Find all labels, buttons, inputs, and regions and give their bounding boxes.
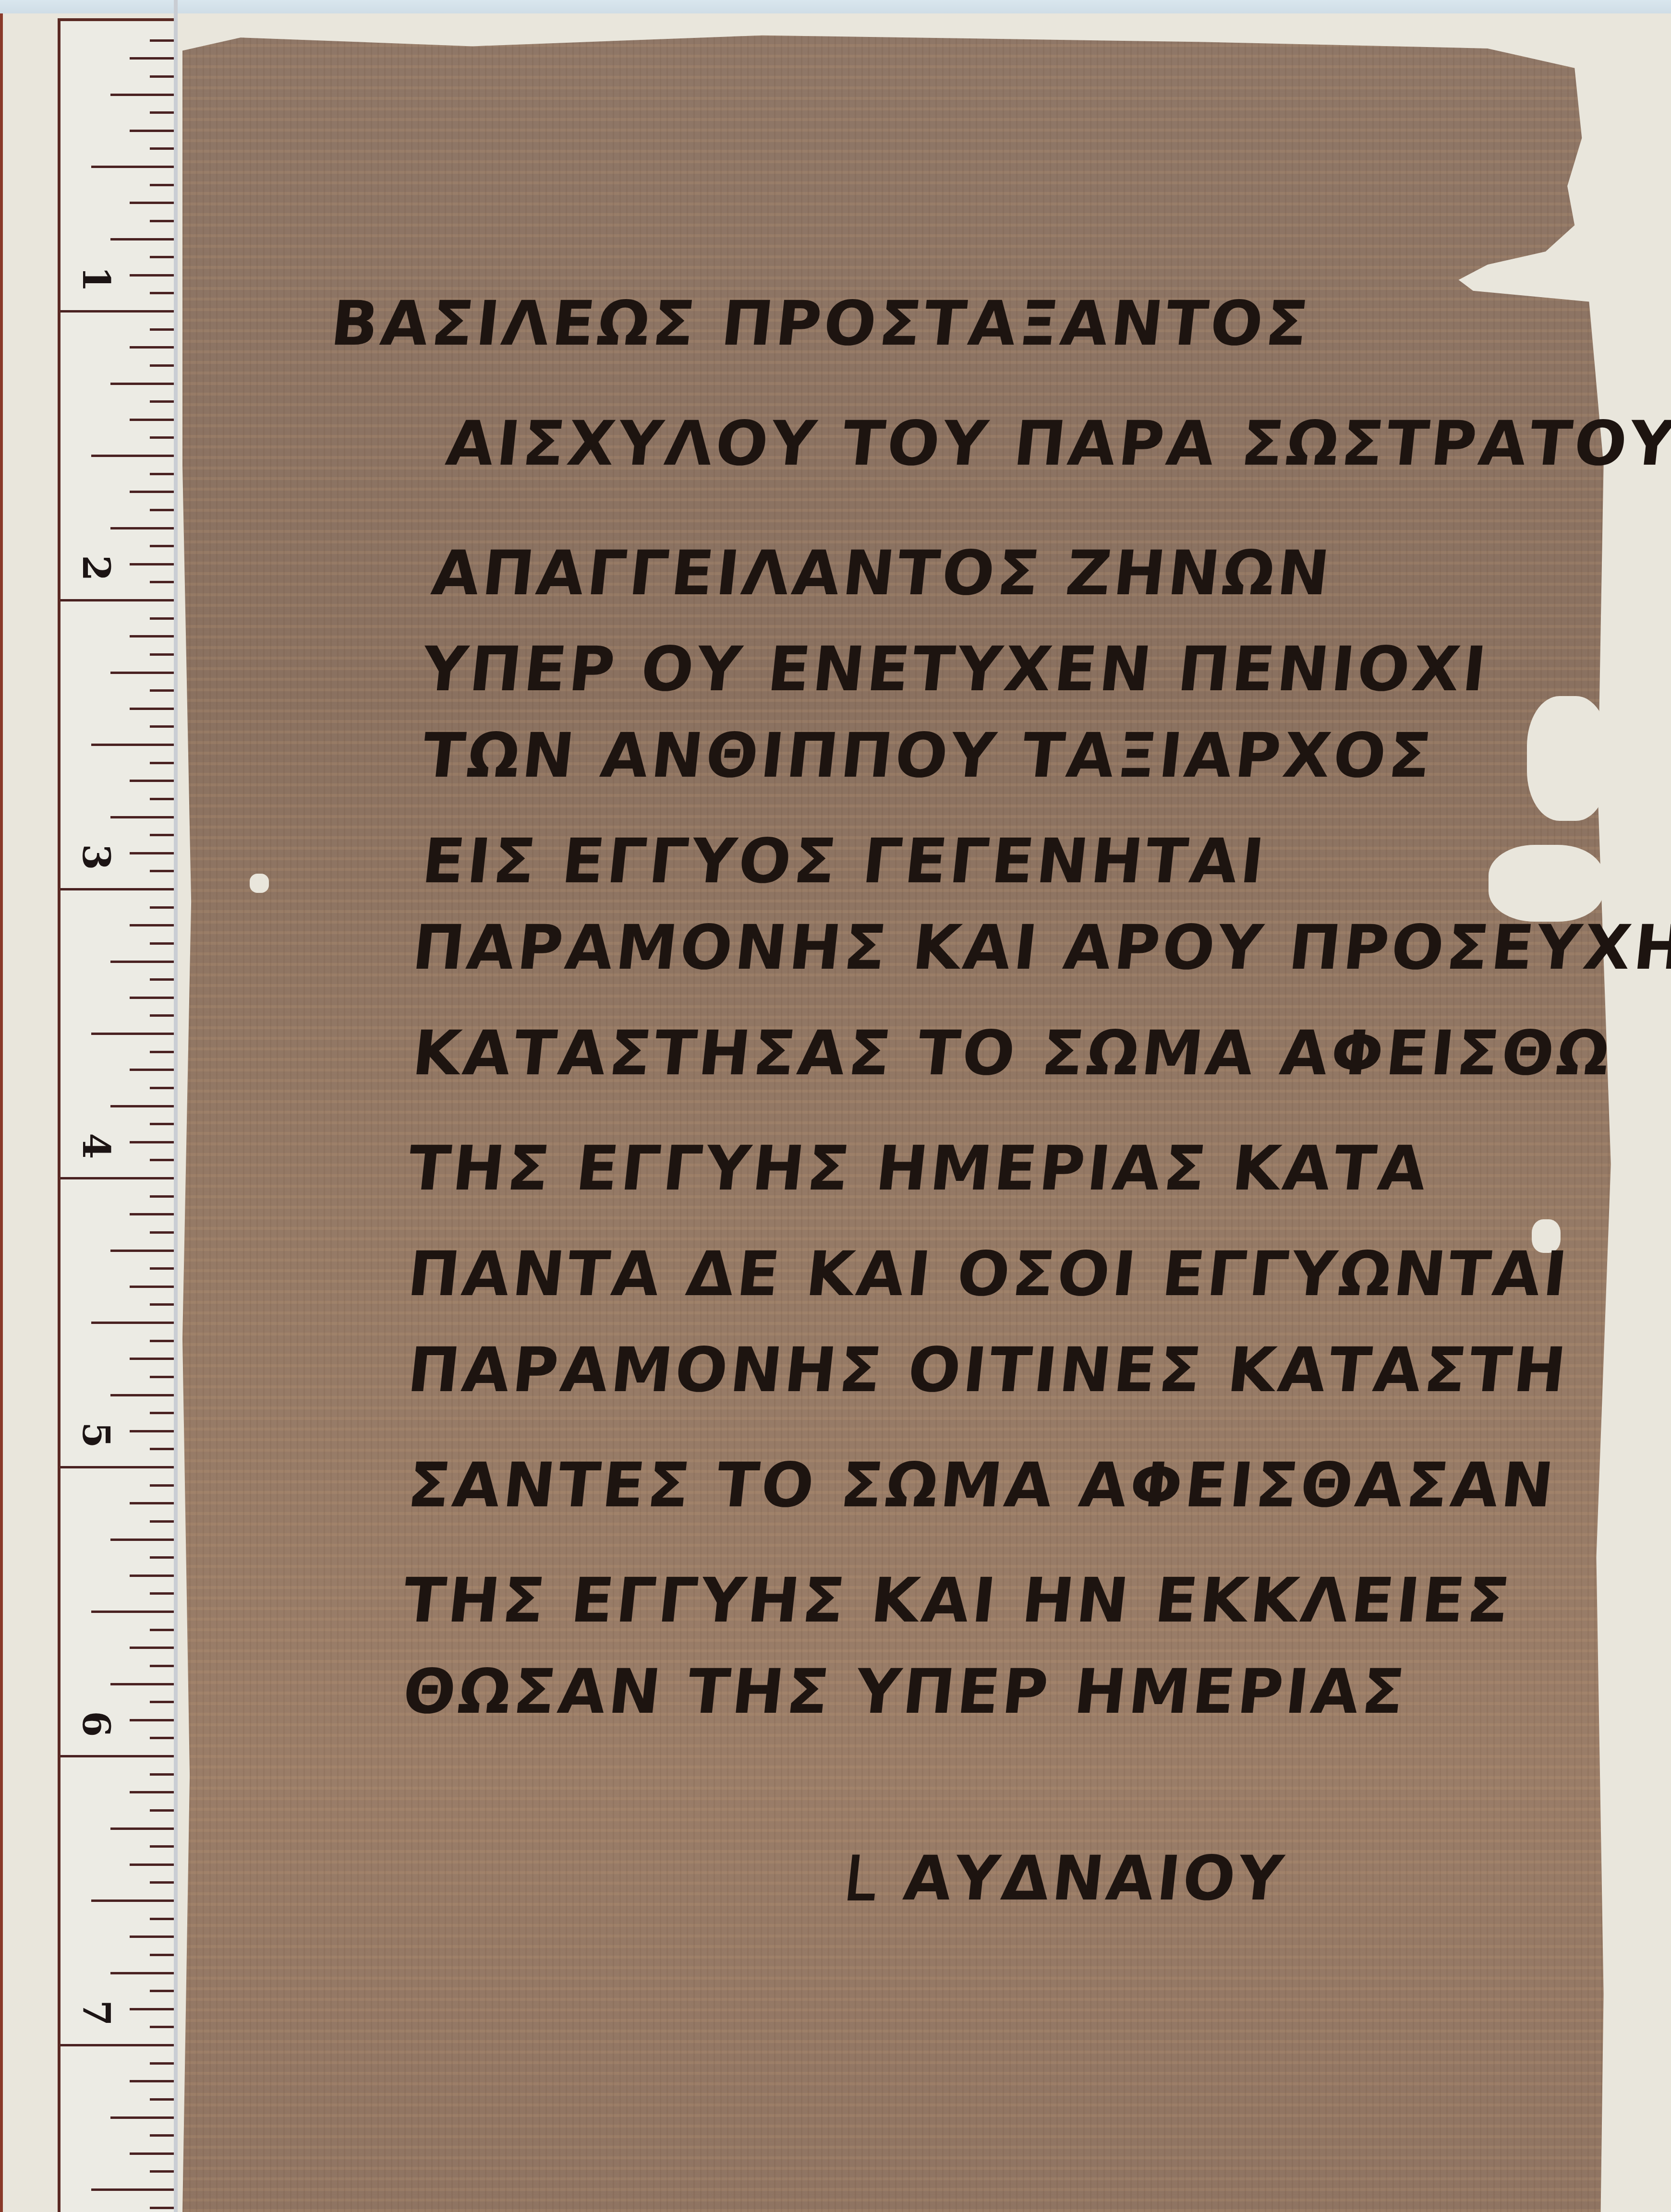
- ruler-tick: [130, 708, 178, 710]
- text-line-9: ΤΗΣ ΕΓΓΥΗΣ ΗΜΕΡΙΑΣ ΚΑΤΑ: [404, 1133, 1433, 1204]
- ruler-tick: [91, 1322, 178, 1324]
- ruler-inch-line: [61, 888, 178, 890]
- ruler-tick: [110, 383, 178, 385]
- ruler-edge: [174, 0, 178, 2212]
- ruler-tick: [130, 1647, 178, 1649]
- text-line-1: ΒΑΣΙΛΕΩΣ ΠΡΟΣΤΑΞΑΝΤΟΣ: [327, 288, 1314, 360]
- ruler-tick: [130, 852, 178, 854]
- ruler-inch-label: 5: [74, 1414, 118, 1457]
- ruler-tick: [110, 1539, 178, 1541]
- ruler-inch-label: 4: [74, 1125, 118, 1168]
- ruler-tick: [110, 1105, 178, 1107]
- ruler-tick: [130, 1575, 178, 1577]
- ruler-tick: [130, 346, 178, 349]
- ruler-tick: [91, 455, 178, 457]
- ruler-inch-line: [61, 599, 178, 601]
- ruler-tick: [110, 1250, 178, 1252]
- ruler-tick: [130, 1358, 178, 1360]
- ruler-tick: [130, 130, 178, 132]
- ruler-tick: [130, 1719, 178, 1721]
- ruler-tick: [110, 1683, 178, 1685]
- ruler-inch-label: 7: [74, 1992, 118, 2035]
- papyrus-hole: [250, 874, 269, 893]
- ruler-tick: [130, 997, 178, 999]
- ruler-tick: [110, 1827, 178, 1830]
- ruler-inch-label: 1: [74, 258, 118, 301]
- text-line-4: ΥΠΕΡ ΟΥ ΕΝΕΤΥΧΕΝ ΠΕΝΙΟΧΙ: [419, 634, 1492, 705]
- ruler-tick: [130, 57, 178, 60]
- ruler-tick: [110, 1394, 178, 1396]
- ruler-tick: [130, 419, 178, 421]
- text-line-2: ΑΙΣΧΥΛΟΥ ΤΟΥ ΠΑΡΑ ΣΩΣΤΡΑΤΟΥ: [443, 408, 1671, 480]
- ruler-tick: [91, 1899, 178, 1902]
- ruler-tick: [130, 563, 178, 565]
- text-line-6: ΕΙΣ ΕΓΓΥΟΣ ΓΕΓΕΝΗΤΑΙ: [419, 826, 1270, 897]
- measurement-ruler: 1234567: [58, 18, 178, 2212]
- papyrus-hole: [1527, 696, 1609, 821]
- ruler-tick: [130, 1141, 178, 1143]
- ruler-tick: [130, 274, 178, 276]
- ruler-inch-line: [61, 310, 178, 313]
- ruler-tick: [130, 491, 178, 493]
- ruler-tick: [130, 924, 178, 926]
- ruler-tick: [91, 2188, 178, 2191]
- ruler-outer-edge: [0, 13, 3, 2212]
- ruler-inch-label: 3: [74, 836, 118, 879]
- text-line-11: ΠΑΡΑΜΟΝΗΣ ΟΙΤΙΝΕΣ ΚΑΤΑΣΤΗ: [404, 1334, 1572, 1406]
- ruler-tick: [130, 1430, 178, 1432]
- ruler-tick: [110, 961, 178, 963]
- ruler-tick: [130, 1286, 178, 1288]
- ruler-tick: [130, 1502, 178, 1504]
- ruler-tick: [130, 2008, 178, 2010]
- ruler-inch-line: [61, 1177, 178, 1179]
- text-line-3: ΑΠΑΓΓΕΙΛΑΝΤΟΣ ΖΗΝΩΝ: [428, 538, 1335, 609]
- ruler-tick: [110, 672, 178, 674]
- text-line-10: ΠΑΝΤΑ ΔΕ ΚΑΙ ΟΣΟΙ ΕΓΓΥΩΝΤΑΙ: [404, 1238, 1573, 1310]
- text-line-8: ΚΑΤΑΣΤΗΣΑΣ ΤΟ ΣΩΜΑ ΑΦΕΙΣΘΩ: [409, 1018, 1616, 1089]
- ruler-tick: [110, 527, 178, 529]
- text-line-12: ΣΑΝΤΕΣ ΤΟ ΣΩΜΑ ΑΦΕΙΣΘΑΣΑΝ: [404, 1450, 1560, 1521]
- ruler-tick: [110, 2116, 178, 2119]
- ruler-inch-label: 6: [74, 1703, 118, 1746]
- text-line-14: ΘΩΣΑΝ ΤΗΣ ΥΠΕΡ ΗΜΕΡΙΑΣ: [400, 1656, 1410, 1728]
- ruler-tick: [130, 1213, 178, 1215]
- ruler-inch-label: 2: [74, 547, 118, 590]
- ruler-tick: [110, 238, 178, 240]
- ruler-tick: [130, 2152, 178, 2155]
- text-line-7: ΠΑΡΑΜΟΝΗΣ ΚΑΙ ΑΡΟΥ ΠΡΟΣΕΥΧΗΣ: [409, 912, 1671, 984]
- ruler-tick: [130, 635, 178, 637]
- ruler-tick: [110, 816, 178, 818]
- ruler-tick: [91, 744, 178, 746]
- ruler-tick: [130, 1069, 178, 1071]
- text-line-5: ΤΩΝ ΑΝΘΙΠΠΟΥ ΤΑΞΙΑΡΧΟΣ: [419, 720, 1437, 792]
- ruler-inch-line: [61, 2044, 178, 2046]
- text-line-15: Ⳑ ΑΥΔΝΑΙΟΥ: [841, 1834, 1290, 1918]
- ruler-tick: [91, 166, 178, 168]
- ruler-tick: [130, 202, 178, 204]
- ruler-tick: [110, 94, 178, 96]
- scan-top-strip: [0, 0, 1671, 13]
- ruler-tick: [91, 1611, 178, 1613]
- ruler-tick: [110, 1972, 178, 1974]
- text-line-13: ΤΗΣ ΕΓΓΥΗΣ ΚΑΙ ΗΝ ΕΚΚΛΕΙΕΣ: [400, 1565, 1516, 1636]
- ruler-tick: [130, 1791, 178, 1793]
- ruler-tick: [130, 780, 178, 782]
- ruler-tick: [130, 1935, 178, 1938]
- ruler-inch-line: [61, 1755, 178, 1757]
- ruler-inch-line: [61, 1466, 178, 1468]
- ruler-tick: [91, 1033, 178, 1035]
- papyrus-hole: [1489, 845, 1604, 922]
- ruler-tick: [130, 1863, 178, 1866]
- ruler-tick: [130, 2080, 178, 2082]
